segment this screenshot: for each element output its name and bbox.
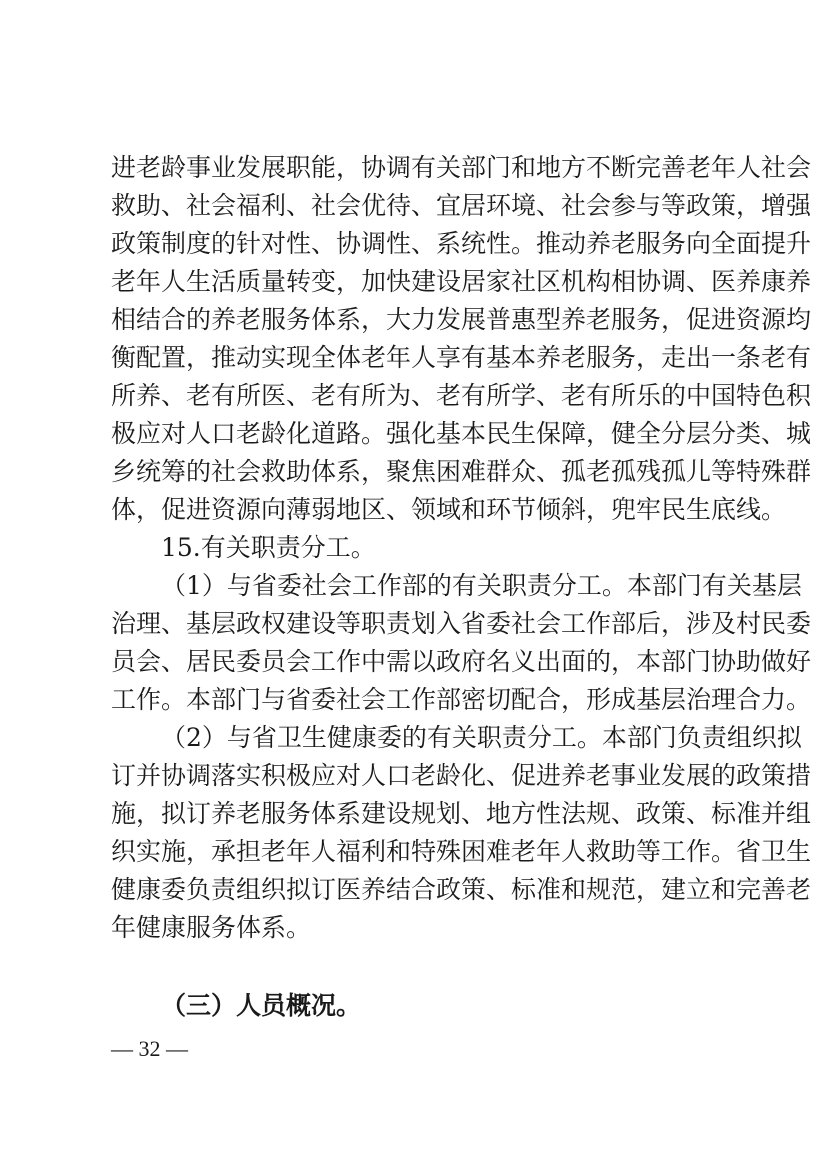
- body-line: 老年人生活质量转变，加快建设居家社区机构相协调、医养康养: [111, 267, 723, 297]
- body-line: 年健康服务体系。: [111, 913, 723, 943]
- body-line: 员会、居民委员会工作中需以政府名义出面的，本部门协助做好: [111, 647, 723, 677]
- subitem-2-line: （2）与省卫生健康委的有关职责分工。本部门负责组织拟: [111, 723, 723, 753]
- body-line: 健康委负责组织拟订医养结合政策、标准和规范，建立和完善老: [111, 875, 723, 905]
- body-line: 施，拟订养老服务体系建设规划、地方性法规、政策、标准并组: [111, 799, 723, 829]
- body-line: 织实施，承担老年人福利和特殊困难老年人救助等工作。省卫生: [111, 837, 723, 867]
- body-line: 极应对人口老龄化道路。强化基本民生保障，健全分层分类、城: [111, 419, 723, 449]
- item-heading-15: 15.有关职责分工。: [111, 533, 723, 563]
- body-line: 救助、社会福利、社会优待、宜居环境、社会参与等政策，增强: [111, 191, 723, 221]
- body-line: 治理、基层政权建设等职责划入省委社会工作部后，涉及村民委: [111, 609, 723, 639]
- body-line: 体，促进资源向薄弱地区、领域和环节倾斜，兜牢民生底线。: [111, 495, 723, 525]
- body-line: 进老龄事业发展职能，协调有关部门和地方不断完善老年人社会: [111, 153, 723, 183]
- document-page: 进老龄事业发展职能，协调有关部门和地方不断完善老年人社会 救助、社会福利、社会优…: [0, 0, 826, 1169]
- body-line: 政策制度的针对性、协调性、系统性。推动养老服务向全面提升: [111, 229, 723, 259]
- subitem-1-line: （1）与省委社会工作部的有关职责分工。本部门有关基层: [111, 571, 723, 601]
- body-line: 工作。本部门与省委社会工作部密切配合，形成基层治理合力。: [111, 685, 723, 715]
- body-line: 衡配置，推动实现全体老年人享有基本养老服务，走出一条老有: [111, 343, 723, 373]
- body-line: 乡统筹的社会救助体系，聚焦困难群众、孤老孤残孤儿等特殊群: [111, 457, 723, 487]
- page-number: — 32 —: [111, 1036, 188, 1062]
- section-heading: （三）人员概况。: [111, 991, 723, 1021]
- body-line: 所养、老有所医、老有所为、老有所学、老有所乐的中国特色积: [111, 381, 723, 411]
- body-line: 相结合的养老服务体系，大力发展普惠型养老服务，促进资源均: [111, 305, 723, 335]
- body-line: 订并协调落实积极应对人口老龄化、促进养老事业发展的政策措: [111, 761, 723, 791]
